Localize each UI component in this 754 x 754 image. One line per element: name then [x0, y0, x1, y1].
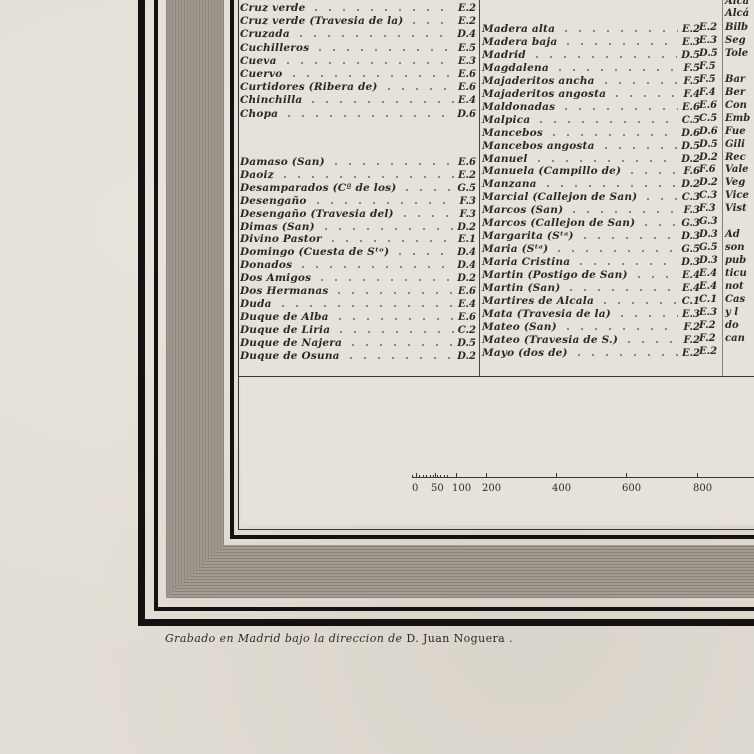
grid-reference: D.3: [699, 255, 725, 266]
leader-dots: [530, 56, 677, 58]
street-name: Magdalena: [482, 62, 549, 74]
grid-reference: D.2: [681, 154, 700, 165]
leader-dots: [334, 331, 454, 333]
index-entry: Dos AmigosD.2: [240, 271, 476, 284]
grid-reference: F.5: [683, 63, 700, 74]
street-name-fragment: Seg: [725, 35, 746, 46]
scale-tick: [435, 473, 436, 478]
grid-reference: F.2: [699, 333, 725, 344]
leader-dots: [346, 344, 453, 346]
credit-prefix: Grabado en Madrid bajo la direccion de: [165, 632, 402, 645]
index-entry-cropped: C.5Emb: [699, 113, 750, 124]
leader-dots: [333, 318, 454, 320]
street-name-fragment: y l: [725, 307, 738, 318]
street-name-fragment: Emb: [725, 113, 750, 124]
street-name: Malpica: [482, 114, 530, 126]
street-name-fragment: Rec: [725, 152, 746, 163]
leader-dots: [311, 202, 456, 204]
street-name-fragment: can: [725, 333, 745, 344]
street-name: Duque de Najera: [240, 337, 342, 349]
street-name: Mancebos: [482, 127, 543, 139]
index-entry: Duque de AlbaE.6: [240, 310, 476, 323]
street-name: Madera alta: [482, 23, 555, 35]
grid-reference: F.5: [699, 74, 725, 85]
index-entry-cropped: Alcá: [699, 0, 749, 7]
leader-dots: [578, 237, 678, 239]
grid-reference: F.6: [699, 164, 725, 175]
leader-dots: [332, 292, 453, 294]
frame-second-line-bottom: [154, 607, 754, 611]
street-name: Maldonadas: [482, 101, 555, 113]
scale-tick: [416, 473, 417, 478]
index-entry: CuchillerosE.5: [240, 41, 476, 54]
grid-reference: D.3: [699, 229, 725, 240]
grid-reference: E.3: [682, 309, 700, 320]
index-entry-cropped: E.6Con: [699, 100, 747, 111]
street-name-fragment: pub: [725, 255, 746, 266]
index-entry: Dos HermanasE.6: [240, 284, 476, 297]
street-name: Martin (Postigo de San): [482, 269, 628, 281]
index-entry: DaoizE.2: [240, 168, 476, 181]
grid-reference: E.4: [699, 281, 725, 292]
index-entry-cropped: E.4not: [699, 281, 744, 292]
street-name: Divino Pastor: [240, 233, 322, 245]
leader-dots: [276, 305, 454, 307]
leader-dots: [306, 101, 454, 103]
leader-dots: [344, 357, 454, 359]
street-name-fragment: Bar: [725, 74, 745, 85]
index-entry: Mateo (San)F.2: [482, 320, 700, 333]
grid-reference: D.2: [681, 179, 700, 190]
index-entry: Majaderitos angostaF.4: [482, 87, 700, 100]
grid-reference: D.2: [699, 177, 725, 188]
street-name: Desamparados (Cª de los): [240, 182, 396, 194]
leader-dots: [639, 224, 677, 226]
grid-reference: F.6: [683, 166, 700, 177]
street-name: Damaso (San): [240, 156, 325, 168]
leader-dots: [534, 121, 677, 123]
grid-reference: D.4: [457, 247, 476, 258]
leader-dots: [287, 75, 454, 77]
street-name: Martin (San): [482, 282, 560, 294]
grid-reference: E.2: [699, 346, 725, 357]
street-name: Desengaño: [240, 195, 307, 207]
index-entry-cropped: C.3Vice: [699, 190, 749, 201]
leader-dots: [561, 43, 678, 45]
grid-reference: D.5: [699, 139, 725, 150]
leader-dots: [615, 315, 678, 317]
index-entry-cropped: E.4ticu: [699, 268, 747, 279]
index-entry: DudaE.4: [240, 297, 476, 310]
leader-dots: [532, 160, 678, 162]
index-entry: Martin (San)E.4: [482, 281, 700, 294]
leader-dots: [547, 134, 677, 136]
grid-reference: E.6: [458, 312, 476, 323]
scale-tick: [626, 473, 627, 478]
grid-reference: G.5: [681, 244, 700, 255]
street-name-fragment: Alcá: [725, 0, 749, 7]
grid-reference: E.3: [699, 307, 725, 318]
frame-outer-line-left: [138, 0, 145, 626]
scale-bar: 0501002004006008001: [408, 468, 754, 498]
grid-reference: C.3: [699, 190, 725, 201]
street-name-fragment: Vist: [725, 203, 747, 214]
index-entry: Mancebos angostaD.5: [482, 139, 700, 152]
frame-second-line-left: [154, 0, 158, 611]
street-name: Majaderitos ancha: [482, 75, 595, 87]
street-name: Manzana: [482, 178, 537, 190]
scale-label: 0: [412, 483, 418, 494]
index-entry-cropped: F.6Vale: [699, 164, 748, 175]
street-name: Martires de Alcala: [482, 295, 594, 307]
leader-dots: [294, 35, 453, 37]
scale-label: 800: [693, 483, 712, 494]
index-entry: Cruz verde (Travesia de la)E.2: [240, 14, 476, 27]
grid-reference: D.5: [457, 338, 476, 349]
grid-reference: D.6: [457, 109, 476, 120]
street-name: Margarita (Sᵗᵃ): [482, 230, 574, 242]
index-entry: Manuela (Campillo de)F.6: [482, 164, 700, 177]
grid-reference: F.4: [699, 87, 725, 98]
street-name: Mateo (Travesia de S.): [482, 334, 618, 346]
index-entry-cropped: C.1Cas: [699, 294, 745, 305]
grid-reference: E.2: [682, 348, 700, 359]
index-entry-cropped: D.2Rec: [699, 152, 746, 163]
grid-reference: F.3: [683, 205, 700, 216]
index-entry: ChopaD.6: [240, 107, 476, 120]
grid-reference: E.4: [458, 299, 476, 310]
index-entry-cropped: F.3Vist: [699, 203, 747, 214]
index-entry: DesengañoF.3: [240, 194, 476, 207]
leader-dots: [315, 279, 453, 281]
index-entry-cropped: D.3pub: [699, 255, 746, 266]
street-name-fragment: ticu: [725, 268, 747, 279]
frame-inner-line-left: [230, 0, 234, 539]
leader-dots: [393, 253, 453, 255]
scale-minor-tick: [447, 475, 448, 478]
scale-label: 400: [552, 483, 571, 494]
scale-minor-tick: [426, 475, 427, 478]
index-entry: Margarita (Sᵗᵃ)D.3: [482, 229, 700, 242]
grid-reference: F.3: [459, 196, 476, 207]
index-entry: Marcos (Callejon de San)G.3: [482, 216, 700, 229]
street-name: Maria (Sᵗᵃ): [482, 243, 548, 255]
scale-tick: [486, 473, 487, 478]
street-name-fragment: son: [725, 242, 745, 253]
credit-engraver: D. Juan Noguera: [406, 632, 505, 645]
index-entry: MancebosD.6: [482, 126, 700, 139]
index-entry: Madera altaE.2: [482, 22, 700, 35]
leader-dots: [610, 95, 679, 97]
grid-reference: D.4: [457, 29, 476, 40]
street-name: Cruzada: [240, 28, 290, 40]
street-name: Dimas (San): [240, 221, 315, 233]
leader-dots: [622, 341, 679, 343]
grid-reference: F.2: [683, 335, 700, 346]
index-entry: Divino PastorE.1: [240, 232, 476, 245]
index-entry: Mata (Travesia de la)E.3: [482, 307, 700, 320]
grid-reference: E.6: [458, 82, 476, 93]
street-name: Cuchilleros: [240, 42, 309, 54]
index-entry-cropped: F.2can: [699, 333, 745, 344]
leader-dots: [282, 115, 453, 117]
street-name-fragment: Con: [725, 100, 747, 111]
leader-dots: [309, 9, 453, 11]
street-name-fragment: Vale: [725, 164, 748, 175]
street-name: Desengaño (Travesia del): [240, 208, 394, 220]
street-name: Daoiz: [240, 169, 274, 181]
grid-reference: E.4: [699, 268, 725, 279]
street-name: Cuervo: [240, 68, 283, 80]
column-divider-1: [479, 0, 480, 376]
scale-minor-tick: [437, 475, 438, 478]
index-entry: Martin (Postigo de San)E.4: [482, 268, 700, 281]
grid-reference: E.6: [458, 157, 476, 168]
grid-reference: E.5: [458, 43, 476, 54]
street-name-fragment: Tole: [725, 48, 748, 59]
leader-dots: [564, 289, 677, 291]
grid-reference: F.5: [683, 76, 700, 87]
index-entry: MaldonadasE.6: [482, 100, 700, 113]
scale-label: 50: [431, 483, 444, 494]
leader-dots: [641, 198, 677, 200]
street-name-fragment: Fue: [725, 126, 746, 137]
grid-reference: E.6: [458, 286, 476, 297]
index-entry-cropped: F.5Bar: [699, 74, 745, 85]
grid-reference: E.3: [682, 37, 700, 48]
frame-thin-line-bottom: [238, 529, 754, 530]
index-entry: Mateo (Travesia de S.)F.2: [482, 333, 700, 346]
leader-dots: [296, 266, 453, 268]
street-name: Marcial (Callejon de San): [482, 191, 637, 203]
grid-reference: D.2: [457, 273, 476, 284]
grid-reference: D.5: [699, 48, 725, 59]
frame-hatch-band-left: [166, 0, 224, 598]
grid-reference: C.5: [682, 115, 700, 126]
leader-dots: [398, 215, 456, 217]
leader-dots: [313, 49, 454, 51]
index-entry: Maria (Sᵗᵃ)G.5: [482, 242, 700, 255]
index-entry: Domingo (Cuesta de Sᵗᵒ)D.4: [240, 245, 476, 258]
grid-reference: G.5: [457, 183, 476, 194]
street-name: Mayo (dos de): [482, 347, 568, 359]
leader-dots: [319, 228, 454, 230]
street-name: Marcos (Callejon de San): [482, 217, 635, 229]
grid-reference: E.2: [699, 22, 725, 33]
index-entry: Cruz verdeE.2: [240, 1, 476, 14]
leader-dots: [382, 88, 454, 90]
scale-minor-tick: [440, 475, 441, 478]
credit-suffix: .: [509, 632, 513, 645]
street-name: Marcos (San): [482, 204, 563, 216]
scale-tick: [456, 473, 457, 478]
grid-reference: E.2: [458, 16, 476, 27]
index-entry: Marcos (San)F.3: [482, 203, 700, 216]
scale-minor-tick: [444, 475, 445, 478]
index-entry: ManzanaD.2: [482, 177, 700, 190]
index-entry-cropped: F.5: [699, 61, 725, 72]
index-entry: MagdalenaF.5: [482, 61, 700, 74]
grid-reference: E.3: [699, 35, 725, 46]
street-name-fragment: Veg: [725, 177, 745, 188]
index-entry-cropped: D.5Tole: [699, 48, 748, 59]
index-entry: MalpicaC.5: [482, 113, 700, 126]
index-entry: Curtidores (Ribera de)E.6: [240, 80, 476, 93]
street-name: Manuela (Campillo de): [482, 165, 621, 177]
grid-reference: C.1: [699, 294, 725, 305]
scale-tick: [697, 473, 698, 478]
grid-reference: F.5: [699, 61, 725, 72]
index-entry-cropped: D.5Gili: [699, 139, 745, 150]
grid-reference: E.6: [458, 69, 476, 80]
scale-label: 600: [622, 483, 641, 494]
street-name-fragment: not: [725, 281, 744, 292]
street-name: Maria Cristina: [482, 256, 570, 268]
scale-minor-tick: [423, 475, 424, 478]
scale-tick: [556, 473, 557, 478]
index-entry: MadridD.5: [482, 48, 700, 61]
index-entry: Maria CristinaD.3: [482, 255, 700, 268]
index-entry-cropped: E.3Seg: [699, 35, 746, 46]
street-name-fragment: Alcá: [725, 8, 749, 19]
street-name: Chopa: [240, 108, 278, 120]
index-entry: Mayo (dos de)E.2: [482, 346, 700, 359]
street-name: Mata (Travesia de la): [482, 308, 611, 320]
street-name: Domingo (Cuesta de Sᵗᵒ): [240, 246, 389, 258]
frame-hatch-band-bottom: [166, 545, 754, 598]
grid-reference: D.5: [681, 141, 700, 152]
index-entry: Marcial (Callejon de San)C.3: [482, 190, 700, 203]
grid-reference: E.4: [682, 270, 700, 281]
grid-reference: D.4: [457, 260, 476, 271]
index-entry-cropped: D.6Fue: [699, 126, 746, 137]
index-bottom-rule: [239, 376, 754, 377]
grid-reference: D.2: [699, 152, 725, 163]
index-entry: ManuelD.2: [482, 152, 700, 165]
scale-label: 200: [482, 483, 501, 494]
index-entry-cropped: G.5son: [699, 242, 745, 253]
index-entry-cropped: E.3y l: [699, 307, 738, 318]
leader-dots: [278, 176, 454, 178]
index-entry: CruzadaD.4: [240, 27, 476, 40]
street-name: Duque de Osuna: [240, 350, 340, 362]
index-entry-cropped: F.2do: [699, 320, 739, 331]
leader-dots: [572, 354, 678, 356]
index-entry-cropped: D.2Veg: [699, 177, 745, 188]
leader-dots: [599, 82, 680, 84]
street-name: Duda: [240, 298, 272, 310]
grid-reference: F.4: [683, 89, 700, 100]
grid-reference: E.2: [458, 3, 476, 14]
street-name: Duque de Alba: [240, 311, 329, 323]
leader-dots: [552, 250, 677, 252]
grid-reference: D.3: [681, 257, 700, 268]
grid-reference: C.5: [699, 113, 725, 124]
street-name: Madera baja: [482, 36, 557, 48]
leader-dots: [400, 189, 453, 191]
street-name: Cruz verde: [240, 2, 305, 14]
leader-dots: [559, 108, 678, 110]
index-entry: Duque de NajeraD.5: [240, 336, 476, 349]
street-name: Mateo (San): [482, 321, 557, 333]
leader-dots: [574, 263, 677, 265]
street-name: Majaderitos angosta: [482, 88, 606, 100]
grid-reference: E.1: [458, 234, 476, 245]
index-entry: Duque de LiriaC.2: [240, 323, 476, 336]
grid-reference: D.2: [457, 222, 476, 233]
leader-dots: [561, 328, 680, 330]
index-entry: Madera bajaE.3: [482, 35, 700, 48]
index-entry: Majaderitos anchaF.5: [482, 74, 700, 87]
grid-reference: F.2: [683, 322, 700, 333]
street-name: Manuel: [482, 153, 528, 165]
grid-reference: G.3: [699, 216, 725, 227]
scale-minor-tick: [419, 475, 420, 478]
grid-reference: D.6: [699, 126, 725, 137]
street-name-fragment: Gili: [725, 139, 745, 150]
index-entry: Desamparados (Cª de los)G.5: [240, 181, 476, 194]
leader-dots: [329, 163, 454, 165]
index-entry-cropped: E.2Bilb: [699, 22, 748, 33]
index-entry-cropped: G.3: [699, 216, 725, 227]
index-entry: Martires de AlcalaC.1: [482, 294, 700, 307]
street-name-fragment: Bilb: [725, 22, 748, 33]
index-entry-cropped: E.2: [699, 346, 725, 357]
leader-dots: [599, 147, 678, 149]
street-name-fragment: Ber: [725, 87, 745, 98]
grid-reference: C.1: [682, 296, 700, 307]
index-entry: Desengaño (Travesia del)F.3: [240, 207, 476, 220]
index-entry: Duque de OsunaD.2: [240, 349, 476, 362]
street-name: Chinchilla: [240, 94, 302, 106]
street-name: Cruz verde (Travesia de la): [240, 15, 403, 27]
grid-reference: E.6: [699, 100, 725, 111]
street-name: Cueva: [240, 55, 277, 67]
scale-minor-tick: [433, 475, 434, 478]
street-name: Dos Amigos: [240, 272, 311, 284]
index-entry: Dimas (San)D.2: [240, 220, 476, 233]
street-name-fragment: do: [725, 320, 739, 331]
street-name-fragment: Vice: [725, 190, 749, 201]
street-name-fragment: Cas: [725, 294, 745, 305]
frame-thin-line-left: [238, 0, 239, 530]
grid-reference: E.3: [458, 56, 476, 67]
leader-dots: [541, 185, 678, 187]
index-entry: Damaso (San)E.6: [240, 155, 476, 168]
scale-bar-line: [412, 477, 754, 478]
grid-reference: F.3: [699, 203, 725, 214]
street-name: Madrid: [482, 49, 526, 61]
index-entry: CuevaE.3: [240, 54, 476, 67]
grid-reference: D.5: [681, 50, 700, 61]
street-name: Donados: [240, 259, 292, 271]
leader-dots: [632, 276, 678, 278]
scale-minor-tick: [430, 475, 431, 478]
index-entry: ChinchillaE.4: [240, 93, 476, 106]
grid-reference: E.4: [682, 283, 700, 294]
street-name: Mancebos angosta: [482, 140, 595, 152]
leader-dots: [281, 62, 454, 64]
grid-reference: E.4: [458, 95, 476, 106]
leader-dots: [553, 69, 680, 71]
street-name: Dos Hermanas: [240, 285, 328, 297]
frame-outer-line-bottom: [138, 619, 754, 626]
grid-reference: E.6: [682, 102, 700, 113]
engraver-credit: Grabado en Madrid bajo la direccion de D…: [165, 632, 513, 645]
grid-reference: F.3: [459, 209, 476, 220]
leader-dots: [326, 240, 454, 242]
grid-reference: D.6: [681, 128, 700, 139]
